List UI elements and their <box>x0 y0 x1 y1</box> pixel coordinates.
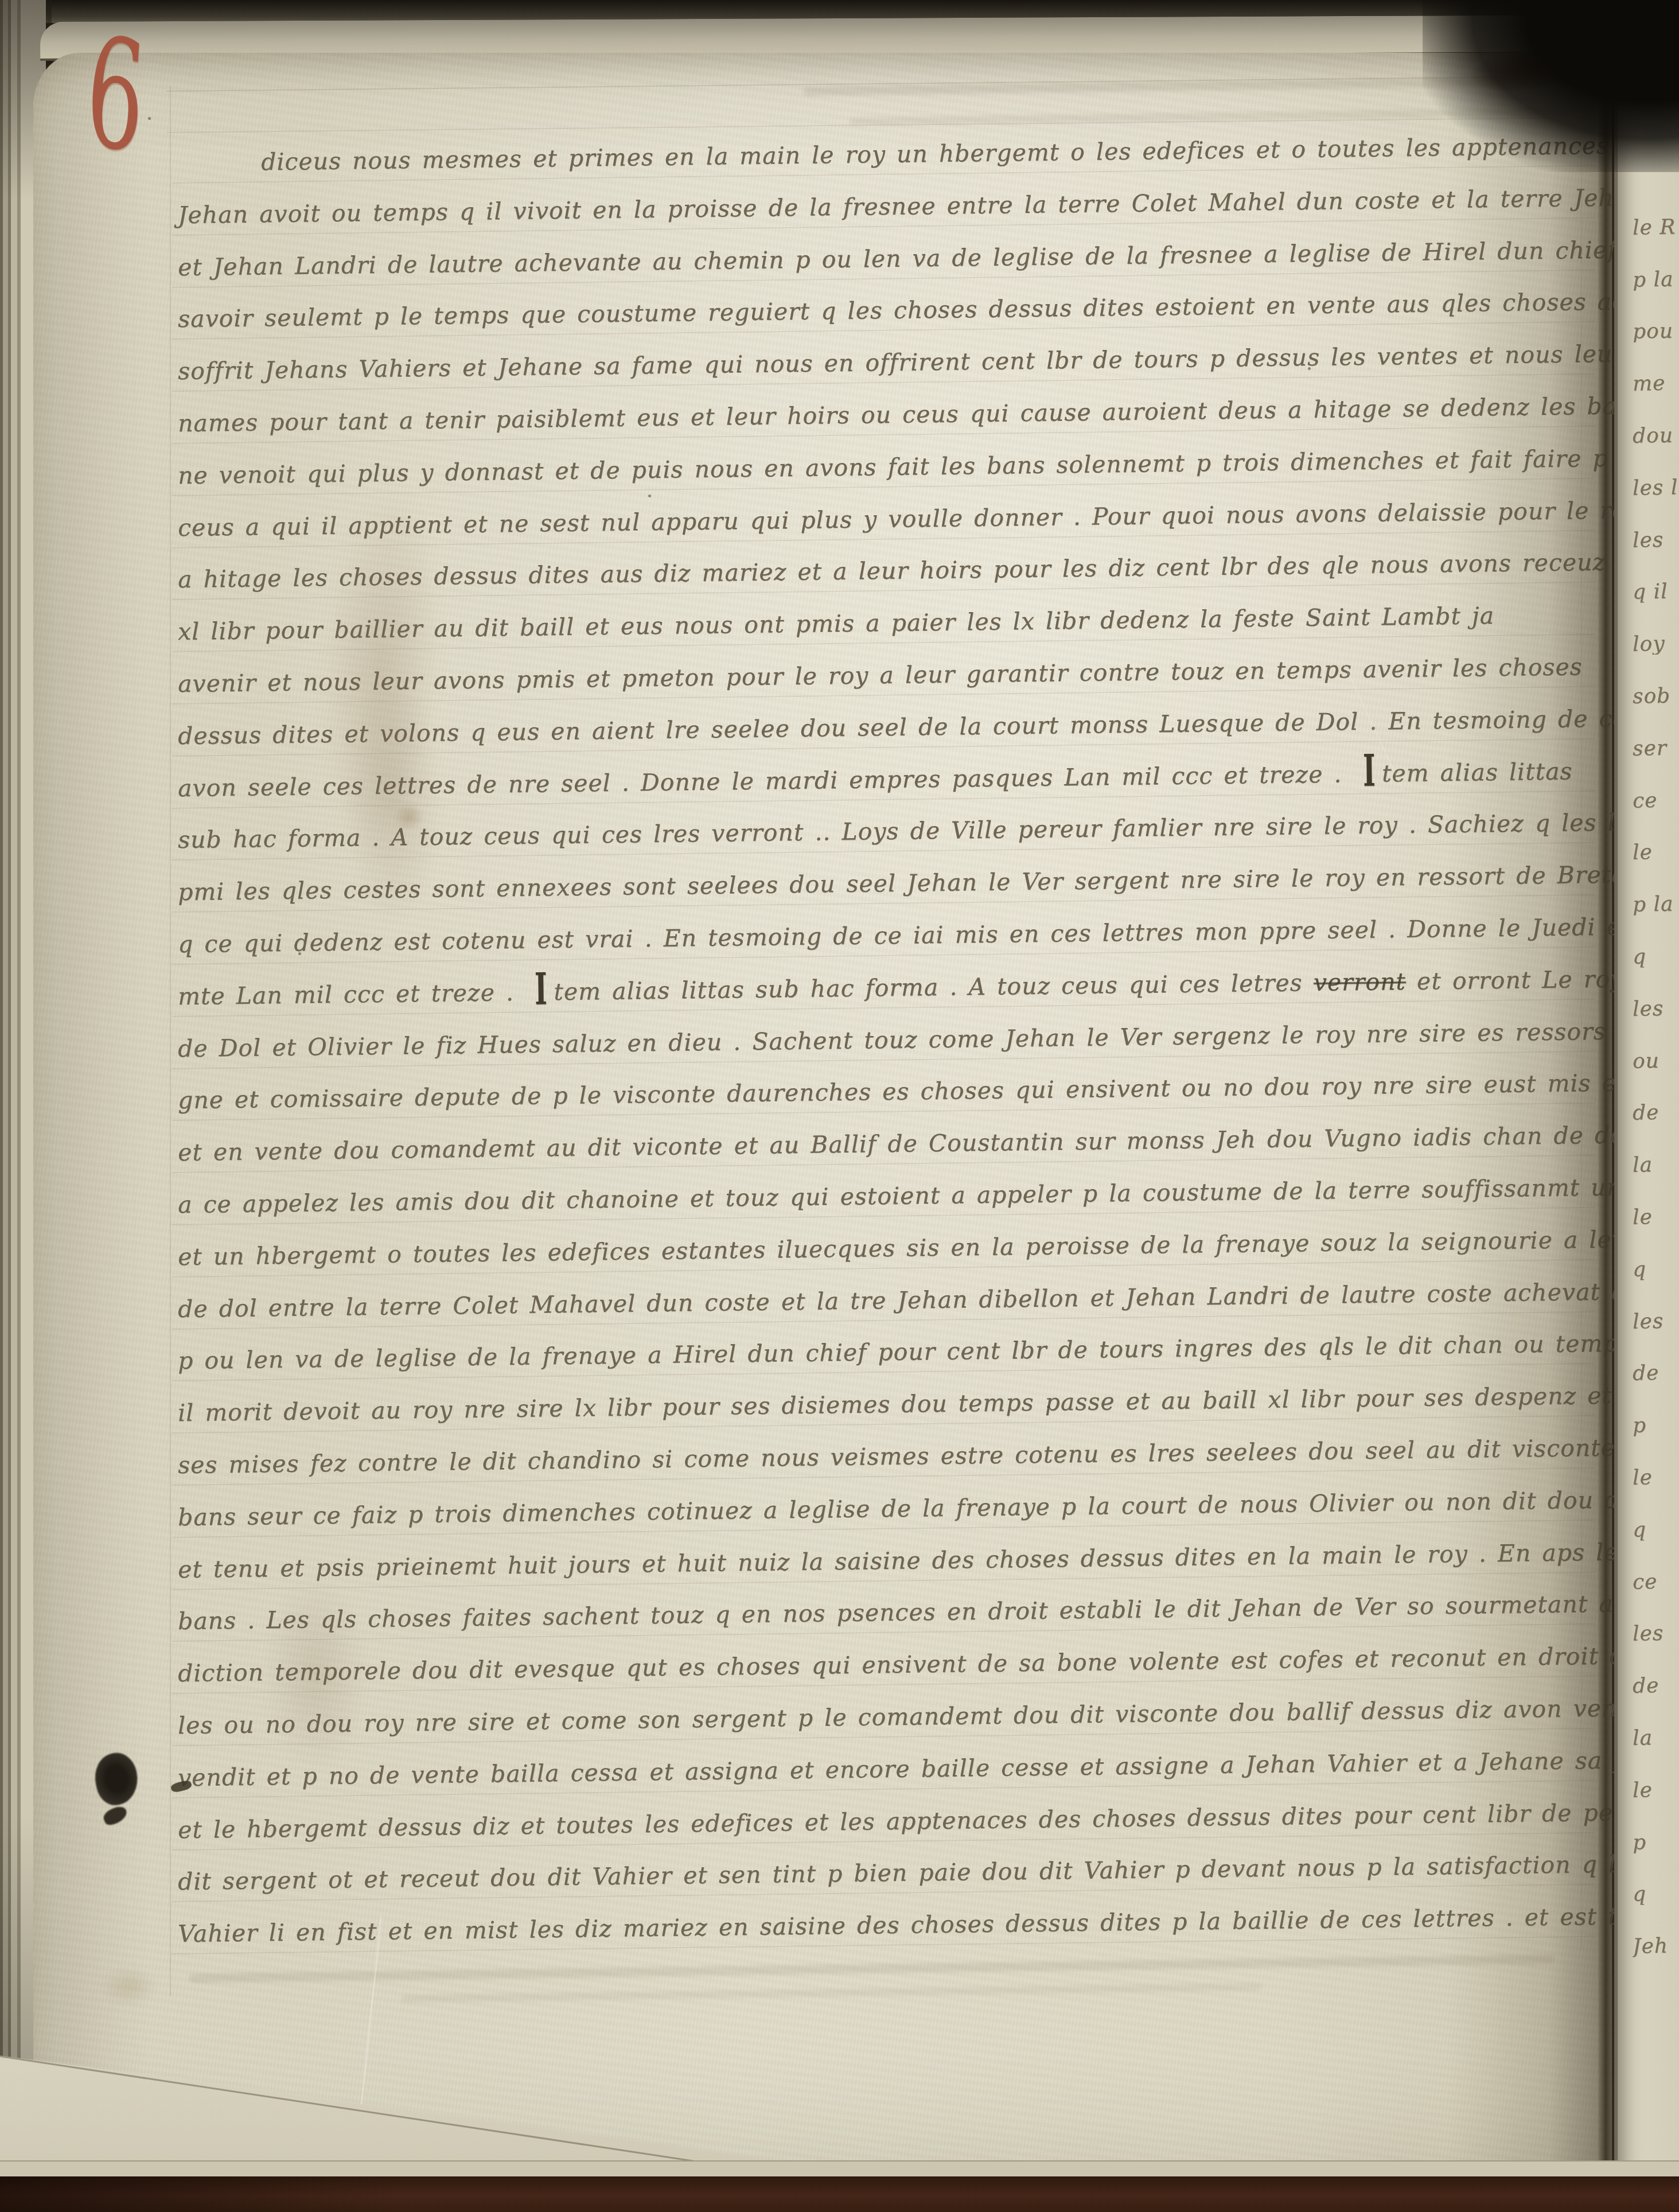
facing-page-text-fragment: les <box>1633 998 1679 1019</box>
facing-page-text-fragment: le <box>1633 1779 1679 1801</box>
facing-page-fragments: le Rp lapoumedoules llesq illoysobsercel… <box>0 0 1679 2212</box>
gutter-fold <box>1598 34 1615 2180</box>
facing-page-text-fragment: p <box>1633 1415 1679 1436</box>
facing-page-text-fragment: la <box>1633 1727 1679 1748</box>
speck <box>148 117 151 120</box>
manuscript-scan: 6 diceus nous mesmes et primes en la mai… <box>0 0 1679 2212</box>
scan-dark-corner <box>1423 0 1679 172</box>
stain-spot <box>395 804 423 829</box>
facing-page-text-fragment: ce <box>1633 1571 1679 1592</box>
facing-page-text-fragment: me <box>1633 373 1679 394</box>
facing-page-text-fragment: les <box>1633 1311 1679 1332</box>
facing-page-text-fragment: le <box>1633 1467 1679 1488</box>
facing-page-text-fragment: la <box>1633 1154 1679 1175</box>
speck <box>648 494 651 497</box>
speck <box>1047 1405 1050 1408</box>
facing-page-text-fragment: q il <box>1633 582 1679 603</box>
gutter-shadow <box>1446 53 1618 2175</box>
facing-page-text-fragment: q <box>1633 1259 1679 1280</box>
facing-page-text-fragment: Jeh <box>1633 1935 1679 1957</box>
facing-page-text-fragment: dou <box>1633 425 1679 446</box>
speck <box>298 952 301 955</box>
stain-streak <box>344 677 442 924</box>
facing-page-text-fragment: p la <box>1633 269 1679 290</box>
facing-page-text-fragment: sob <box>1633 686 1679 707</box>
facing-page-text-fragment: ou <box>1633 1050 1679 1072</box>
facing-page-text-fragment: de <box>1633 1103 1679 1124</box>
facing-page-text-fragment: de <box>1633 1675 1679 1696</box>
facing-page-text-fragment: le <box>1633 1206 1679 1228</box>
facing-page-text-fragment: q <box>1633 1519 1679 1540</box>
facing-page-text-fragment: p <box>1633 1832 1679 1853</box>
stain-spot <box>102 1968 157 2005</box>
facing-page-text-fragment: p la <box>1633 894 1679 915</box>
stain-streak <box>264 1578 367 1773</box>
binding-shadow <box>0 2176 402 2212</box>
facing-page-text-fragment: les <box>1633 529 1679 551</box>
facing-page-text-fragment: q <box>1633 1884 1679 1905</box>
facing-page-text-fragment: ser <box>1633 738 1679 759</box>
facing-page-text-fragment: pou <box>1633 321 1679 342</box>
facing-page-text-fragment: le <box>1633 842 1679 863</box>
facing-page-text-fragment: ce <box>1633 790 1679 811</box>
speck <box>1308 367 1311 370</box>
facing-page-text-fragment: le R <box>1633 217 1679 238</box>
facing-page-text-fragment: les <box>1633 1623 1679 1645</box>
facing-page-text-fragment: les l <box>1633 477 1679 499</box>
facing-page-text-fragment: de <box>1633 1363 1679 1384</box>
facing-page-text-fragment: q <box>1633 946 1679 967</box>
facing-page-text-fragment: loy <box>1633 633 1679 655</box>
